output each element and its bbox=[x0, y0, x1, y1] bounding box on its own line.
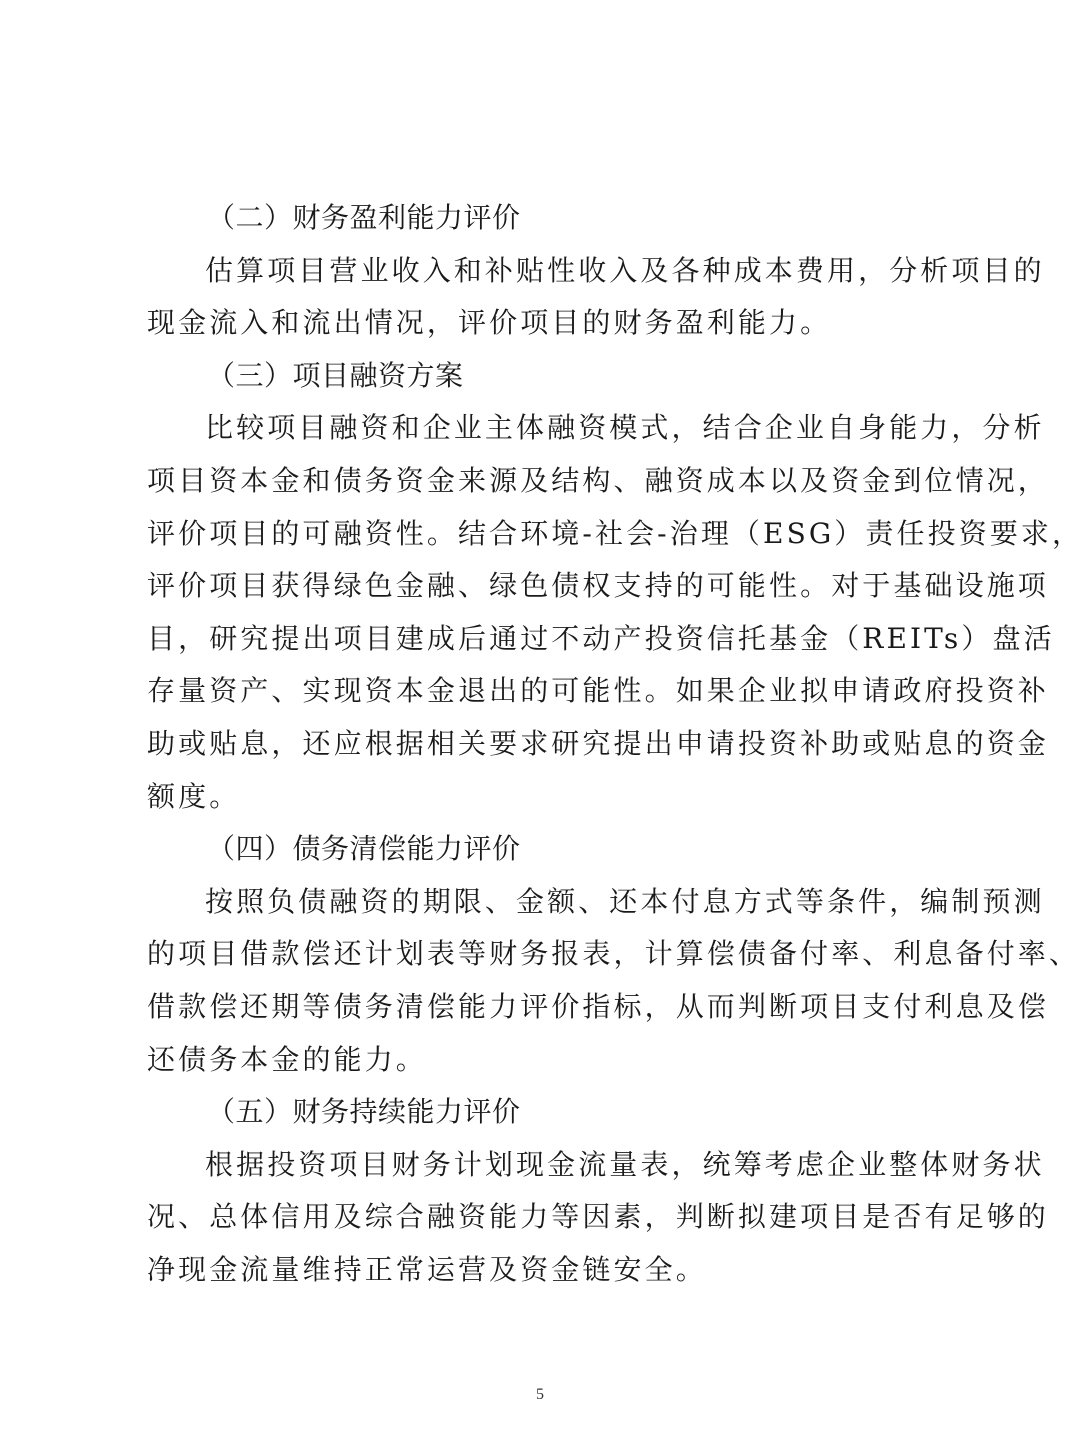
paragraph-line: 还债务本金的能力。 bbox=[147, 1034, 937, 1087]
section-heading-financial-profitability: （二）财务盈利能力评价 bbox=[147, 192, 937, 245]
paragraph-line: 根据投资项目财务计划现金流量表，统筹考虑企业整体财务状 bbox=[147, 1139, 937, 1192]
section-heading-financing-plan: （三）项目融资方案 bbox=[147, 350, 937, 403]
paragraph-line: 目，研究提出项目建成后通过不动产投资信托基金（REITs）盘活 bbox=[147, 613, 937, 666]
paragraph-line: 的项目借款偿还计划表等财务报表，计算偿债备付率、利息备付率、 bbox=[147, 928, 937, 981]
paragraph-line: 估算项目营业收入和补贴性收入及各种成本费用，分析项目的 bbox=[147, 245, 937, 298]
paragraph-line: 额度。 bbox=[147, 771, 937, 824]
paragraph-line: 比较项目融资和企业主体融资模式，结合企业自身能力，分析 bbox=[147, 402, 937, 455]
paragraph-line: 现金流入和流出情况，评价项目的财务盈利能力。 bbox=[147, 297, 937, 350]
paragraph-line: 况、总体信用及综合融资能力等因素，判断拟建项目是否有足够的 bbox=[147, 1191, 937, 1244]
paragraph-line: 净现金流量维持正常运营及资金链安全。 bbox=[147, 1244, 937, 1297]
paragraph-line: 评价项目的可融资性。结合环境-社会-治理（ESG）责任投资要求， bbox=[147, 508, 937, 561]
document-page: （二）财务盈利能力评价 估算项目营业收入和补贴性收入及各种成本费用，分析项目的 … bbox=[0, 0, 1080, 1437]
paragraph-line: 助或贴息，还应根据相关要求研究提出申请投资补助或贴息的资金 bbox=[147, 718, 937, 771]
section-heading-financial-sustainability: （五）财务持续能力评价 bbox=[147, 1086, 937, 1139]
paragraph-line: 借款偿还期等债务清偿能力评价指标，从而判断项目支付利息及偿 bbox=[147, 981, 937, 1034]
paragraph-line: 项目资本金和债务资金来源及结构、融资成本以及资金到位情况， bbox=[147, 455, 937, 508]
document-body: （二）财务盈利能力评价 估算项目营业收入和补贴性收入及各种成本费用，分析项目的 … bbox=[147, 192, 937, 1296]
paragraph-line: 评价项目获得绿色金融、绿色债权支持的可能性。对于基础设施项 bbox=[147, 560, 937, 613]
section-heading-debt-repayment: （四）债务清偿能力评价 bbox=[147, 823, 937, 876]
paragraph-line: 按照负债融资的期限、金额、还本付息方式等条件，编制预测 bbox=[147, 876, 937, 929]
paragraph-line: 存量资产、实现资本金退出的可能性。如果企业拟申请政府投资补 bbox=[147, 665, 937, 718]
page-number: 5 bbox=[0, 1386, 1080, 1404]
